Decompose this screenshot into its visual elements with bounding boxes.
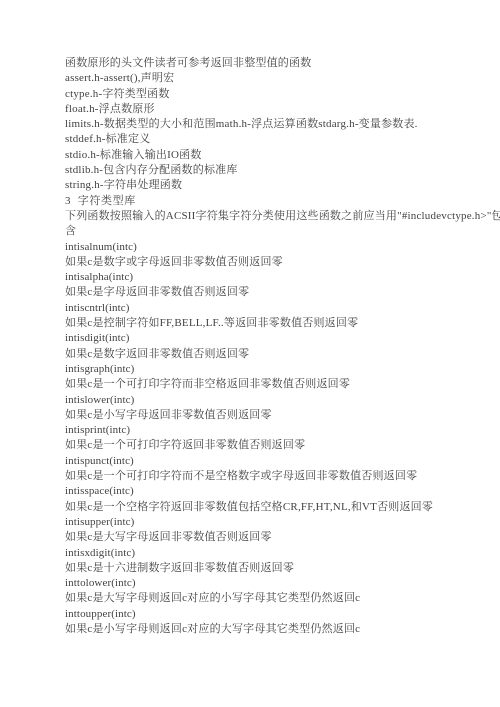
doc-text-line: float.h-浮点数原形 xyxy=(65,102,445,117)
function-prototype-line: intisalnum(intc) xyxy=(65,240,445,255)
doc-text-line: limits.h-数据类型的大小和范围math.h-浮点运算函数stdarg.h… xyxy=(65,117,445,132)
doc-text-line: 如果c是一个空格字符返回非零数值包括空格CR,FF,HT,NL,和VT否则返回零 xyxy=(65,500,445,515)
function-prototype-line: intisgraph(intc) xyxy=(65,362,445,377)
doc-text-line: 如果c是小写字母则返回c对应的大写字母其它类型仍然返回c xyxy=(65,622,445,637)
function-prototype-line: intisalpha(intc) xyxy=(65,270,445,285)
document-page: 函数原形的头文件读者可参考返回非整型值的函数assert.h-assert(),… xyxy=(0,0,500,707)
doc-text-line: 如果c是十六进制数字返回非零数值否则返回零 xyxy=(65,561,445,576)
function-prototype-line: intispunct(intc) xyxy=(65,454,445,469)
doc-text-line: 如果c是数字返回非零数值否则返回零 xyxy=(65,347,445,362)
doc-text-line: 如果c是一个可打印字符而非空格返回非零数值否则返回零 xyxy=(65,377,445,392)
doc-text-line: 函数原形的头文件读者可参考返回非整型值的函数 xyxy=(65,56,445,71)
doc-text-line: 如果c是一个可打印字符返回非零数值否则返回零 xyxy=(65,438,445,453)
function-prototype-line: intisprint(intc) xyxy=(65,423,445,438)
doc-text-line: 下列函数按照输入的ACSII字符集字符分类使用这些函数之前应当用"#includ… xyxy=(65,209,445,224)
function-prototype-line: intisxdigit(intc) xyxy=(65,546,445,561)
doc-text-line: stdlib.h-包含内存分配函数的标准库 xyxy=(65,163,445,178)
document-body: 函数原形的头文件读者可参考返回非整型值的函数assert.h-assert(),… xyxy=(65,56,445,637)
doc-text-line: 含 xyxy=(65,224,445,239)
function-prototype-line: inttoupper(intc) xyxy=(65,607,445,622)
doc-text-line: 如果c是一个可打印字符而不是空格数字或字母返回非零数值否则返回零 xyxy=(65,469,445,484)
function-prototype-line: intiscntrl(intc) xyxy=(65,301,445,316)
function-prototype-line: intislower(intc) xyxy=(65,393,445,408)
doc-text-line: 如果c是大写字母返回非零数值否则返回零 xyxy=(65,530,445,545)
function-prototype-line: inttolower(intc) xyxy=(65,576,445,591)
function-prototype-line: intisdigit(intc) xyxy=(65,331,445,346)
section-heading: 3 字符类型库 xyxy=(65,194,445,209)
doc-text-line: 如果c是小写字母返回非零数值否则返回零 xyxy=(65,408,445,423)
doc-text-line: 如果c是大写字母则返回c对应的小写字母其它类型仍然返回c xyxy=(65,591,445,606)
function-prototype-line: intisupper(intc) xyxy=(65,515,445,530)
doc-text-line: 如果c是字母返回非零数值否则返回零 xyxy=(65,285,445,300)
doc-text-line: 如果c是数字或字母返回非零数值否则返回零 xyxy=(65,255,445,270)
doc-text-line: string.h-字符串处理函数 xyxy=(65,178,445,193)
doc-text-line: stddef.h-标准定义 xyxy=(65,132,445,147)
doc-text-line: 如果c是控制字符如FF,BELL,LF..等返回非零数值否则返回零 xyxy=(65,316,445,331)
doc-text-line: assert.h-assert(),声明宏 xyxy=(65,71,445,86)
function-prototype-line: intisspace(intc) xyxy=(65,484,445,499)
doc-text-line: stdio.h-标准输入输出IO函数 xyxy=(65,148,445,163)
doc-text-line: ctype.h-字符类型函数 xyxy=(65,87,445,102)
